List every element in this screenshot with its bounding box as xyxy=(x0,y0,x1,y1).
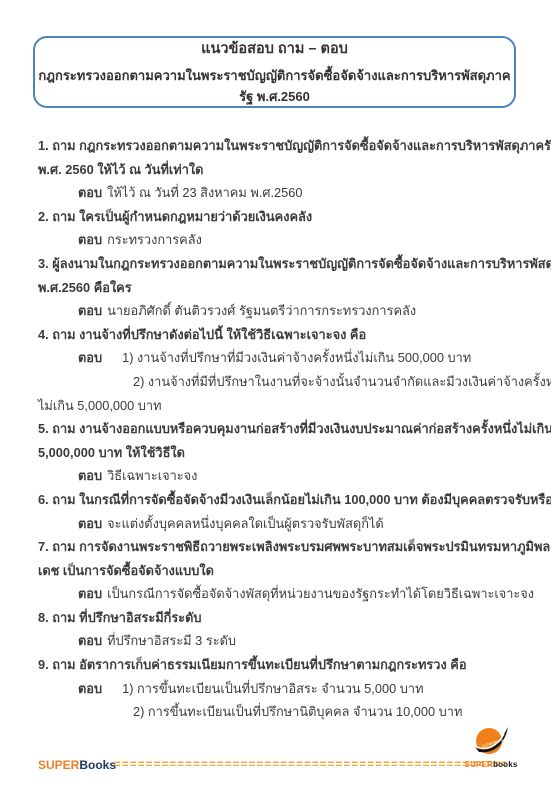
question-line: เดช เป็นการจัดซื้อจัดจ้างแบบใด xyxy=(38,559,518,583)
question-line: 6. ถาม ในกรณีที่การจัดซื้อจัดจ้างมีวงเงิ… xyxy=(38,488,518,512)
question-line: พ.ศ. 2560 ให้ไว้ ณ วันที่เท่าใด xyxy=(38,158,518,182)
answer-line: ตอบวิธีเฉพาะเจาะจง xyxy=(38,464,518,488)
question-line: 8. ถาม ที่ปรึกษาอิสระมีกี่ระดับ xyxy=(38,606,518,630)
answer-line: ตอบที่ปรึกษาอิสระมี 3 ระดับ xyxy=(38,629,518,653)
answer-line: 2) งานจ้างที่มีที่ปรึกษาในงานที่จะจ้างนั… xyxy=(38,370,518,394)
question-line: 5,000,000 บาท ให้ใช้วิธีใด xyxy=(38,441,518,465)
footer-brand-super: SUPER xyxy=(38,758,79,772)
page-footer: SUPERBooks =============================… xyxy=(0,722,551,798)
question-line: 9. ถาม อัตราการเก็บค่าธรรมเนียมการขึ้นทะ… xyxy=(38,653,518,677)
question-line: 5. ถาม งานจ้างออกแบบหรือควบคุมงานก่อสร้า… xyxy=(38,417,518,441)
footer-brand: SUPERBooks xyxy=(38,758,116,772)
answer-line: ตอบจะแต่งตั้งบุคคลหนึ่งบุคคลใดเป็นผู้ตรว… xyxy=(38,512,518,536)
answer-line: ตอบกระทรวงการคลัง xyxy=(38,228,518,252)
answer-line: ตอบเป็นกรณีการจัดซื้อจัดจ้างพัสดุที่หน่ว… xyxy=(38,582,518,606)
footer-brand-books: Books xyxy=(79,758,116,772)
superbooks-logo: SUPERbooks SUPERbooks xyxy=(460,724,522,769)
answer-prefix-label: ตอบ xyxy=(78,516,102,531)
answer-prefix-label: ตอบ xyxy=(78,350,102,365)
question-line: พ.ศ.2560 คือใคร xyxy=(38,276,518,300)
answer-line: 2) การขึ้นทะเบียนเป็นที่ปรึกษานิติบุคคล … xyxy=(38,700,518,724)
superbooks-logo-icon: SUPERbooks xyxy=(460,724,522,760)
superbooks-logo-text: SUPERbooks xyxy=(460,760,522,769)
question-line: 1. ถาม กฎกระทรวงออกตามความในพระราชบัญญัต… xyxy=(38,134,518,158)
answer-prefix-label: ตอบ xyxy=(78,633,102,648)
exam-header-box: แนวข้อสอบ ถาม – ตอบ กฎกระทรวงออกตามความใ… xyxy=(33,36,516,108)
answer-continuation-line: ไม่เกิน 5,000,000 บาท xyxy=(38,394,518,418)
question-line: 4. ถาม งานจ้างที่ปรึกษาดังต่อไปนี้ ให้ใช… xyxy=(38,323,518,347)
answer-prefix-label: ตอบ xyxy=(78,185,102,200)
answer-prefix-label: ตอบ xyxy=(78,681,102,696)
logo-text-books: books xyxy=(493,760,518,769)
logo-text-super: SUPER xyxy=(464,760,493,769)
footer-separator: ========================================… xyxy=(114,759,506,775)
question-line: 3. ผู้ลงนามในกฎกระทรวงออกตามความในพระราช… xyxy=(38,252,518,276)
answer-line: ตอบ1) งานจ้างที่ปรึกษาที่มีวงเงินค่าจ้าง… xyxy=(38,346,518,370)
answer-prefix-label: ตอบ xyxy=(78,232,102,247)
qa-body: 1. ถาม กฎกระทรวงออกตามความในพระราชบัญญัต… xyxy=(38,134,518,724)
answer-line: ตอบนายอภิศักดิ์ ตันติวรวงศ์ รัฐมนตรีว่าก… xyxy=(38,299,518,323)
answer-prefix-label: ตอบ xyxy=(78,303,102,318)
answer-line: ตอบให้ไว้ ณ วันที่ 23 สิงหาคม พ.ศ.2560 xyxy=(38,181,518,205)
question-line: 7. ถาม การจัดงานพระราชพิธีถวายพระเพลิงพร… xyxy=(38,535,518,559)
header-title-line1: แนวข้อสอบ ถาม – ตอบ xyxy=(35,37,514,60)
answer-prefix-label: ตอบ xyxy=(78,468,102,483)
answer-line: ตอบ1) การขึ้นทะเบียนเป็นที่ปรึกษาอิสระ จ… xyxy=(38,677,518,701)
answer-prefix-label: ตอบ xyxy=(78,586,102,601)
question-line: 2. ถาม ใครเป็นผู้กำหนดกฎหมายว่าด้วยเงินค… xyxy=(38,205,518,229)
header-title-line2: กฎกระทรวงออกตามความในพระราชบัญญัติการจัด… xyxy=(35,65,514,107)
